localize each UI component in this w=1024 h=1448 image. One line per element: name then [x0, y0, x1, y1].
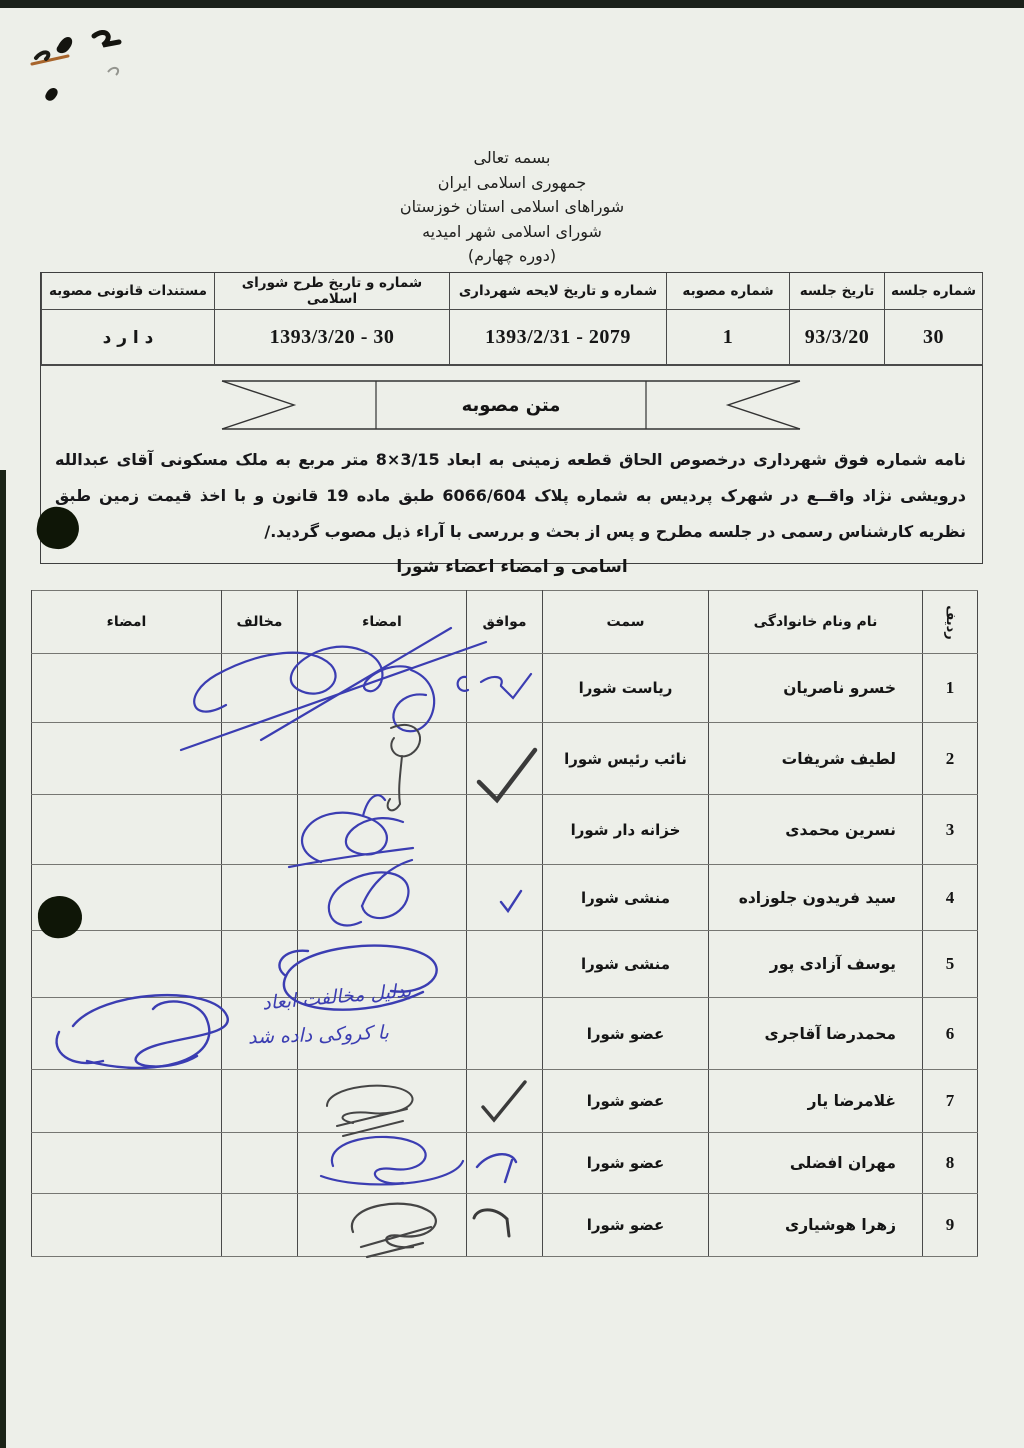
- agree-cell: [467, 998, 543, 1070]
- signature-cell: [298, 723, 467, 795]
- col-agree: موافق: [467, 591, 543, 654]
- signature-cell: [298, 1070, 467, 1133]
- letterhead-line-term: (دوره چهارم): [0, 244, 1024, 269]
- oppose-cell: [222, 1133, 298, 1194]
- oppose-cell: [222, 865, 298, 931]
- scanner-edge-top: [0, 0, 1024, 8]
- member-no: 2: [923, 723, 978, 795]
- signature-cell: [298, 1194, 467, 1257]
- member-role: منشی شورا: [543, 931, 709, 998]
- oppose-cell: [222, 931, 298, 998]
- signature-cell-2: [32, 931, 222, 998]
- member-no: 8: [923, 1133, 978, 1194]
- member-no: 7: [923, 1070, 978, 1133]
- col-bill-no-date: شماره و تاریخ لایحه شهرداری: [450, 273, 667, 310]
- oppose-cell: [222, 795, 298, 865]
- member-row: 6 محمدرضا آقاجری عضو شورا: [32, 998, 978, 1070]
- col-signature: امضاء: [298, 591, 467, 654]
- letterhead-line-republic: جمهوری اسلامی ایران: [0, 171, 1024, 196]
- member-name: مهران افضلی: [709, 1133, 923, 1194]
- col-oppose: مخالف: [222, 591, 298, 654]
- scanned-document-page: بسمه تعالی جمهوری اسلامی ایران شوراهای ا…: [0, 0, 1024, 1448]
- staple-pen-marks: [12, 12, 182, 112]
- member-role: عضو شورا: [543, 1194, 709, 1257]
- member-role: نائب رئیس شورا: [543, 723, 709, 795]
- resolution-banner: متن مصوبه: [216, 376, 806, 434]
- letterhead: بسمه تعالی جمهوری اسلامی ایران شوراهای ا…: [0, 146, 1024, 269]
- col-legal-docs: مستندات قانونی مصوبه: [42, 273, 215, 310]
- letterhead-line-city-council: شورای اسلامی شهر امیدیه: [0, 220, 1024, 245]
- signature-cell: [298, 1133, 467, 1194]
- col-plan-no-date: شماره و تاریخ طرح شورای اسلامی: [215, 273, 450, 310]
- col-resolution-no: شماره مصوبه: [667, 273, 790, 310]
- member-role: خزانه دار شورا: [543, 795, 709, 865]
- signature-cell-2: [32, 998, 222, 1070]
- member-role: عضو شورا: [543, 1070, 709, 1133]
- agree-cell: [467, 1194, 543, 1257]
- agree-cell: [467, 795, 543, 865]
- members-signature-table: ردیف نام ونام خانوادگی سمت موافق امضاء م…: [31, 590, 978, 1257]
- agree-cell: [467, 931, 543, 998]
- member-row: 5 یوسف آزادی پور منشی شورا: [32, 931, 978, 998]
- oppose-cell: [222, 1194, 298, 1257]
- value-resolution-no: 1: [667, 310, 790, 365]
- scanner-edge-left: [0, 470, 6, 1448]
- member-row: 1 خسرو ناصریان ریاست شورا: [32, 654, 978, 723]
- agree-cell: [467, 1070, 543, 1133]
- agree-cell: [467, 723, 543, 795]
- member-no: 3: [923, 795, 978, 865]
- banner-label: متن مصوبه: [376, 376, 646, 434]
- col-row-no: ردیف: [923, 591, 978, 654]
- oppose-cell: [222, 654, 298, 723]
- signature-cell-2: [32, 1194, 222, 1257]
- resolution-body-cell: متن مصوبه نامه شماره فوق شهرداری درخصوص …: [41, 365, 982, 563]
- member-role: ریاست شورا: [543, 654, 709, 723]
- agree-cell: [467, 654, 543, 723]
- member-name: خسرو ناصریان: [709, 654, 923, 723]
- letterhead-line-councils-province: شوراهای اسلامی استان خوزستان: [0, 195, 1024, 220]
- signature-cell-2: [32, 795, 222, 865]
- member-row: 9 زهرا هوشیاری عضو شورا: [32, 1194, 978, 1257]
- members-section-title: اسامی و امضاء اعضاء شورا: [0, 557, 1024, 577]
- resolution-summary-table: شماره جلسه تاریخ جلسه شماره مصوبه شماره …: [40, 272, 983, 564]
- summary-header-row: شماره جلسه تاریخ جلسه شماره مصوبه شماره …: [42, 273, 983, 310]
- member-no: 1: [923, 654, 978, 723]
- member-name: زهرا هوشیاری: [709, 1194, 923, 1257]
- col-position: سمت: [543, 591, 709, 654]
- agree-cell: [467, 1133, 543, 1194]
- member-name: غلامرضا یار: [709, 1070, 923, 1133]
- oppose-cell: [222, 723, 298, 795]
- member-row: 7 غلامرضا یار عضو شورا: [32, 1070, 978, 1133]
- member-no: 4: [923, 865, 978, 931]
- signature-cell-2: [32, 654, 222, 723]
- signature-cell-2: [32, 1133, 222, 1194]
- value-plan-no-date: 1393/3/20 - 30: [215, 310, 450, 365]
- summary-value-row: 30 93/3/20 1 1393/2/31 - 2079 1393/3/20 …: [42, 310, 983, 365]
- member-name: یوسف آزادی پور: [709, 931, 923, 998]
- agree-cell: [467, 865, 543, 931]
- member-role: منشی شورا: [543, 865, 709, 931]
- member-row: 8 مهران افضلی عضو شورا: [32, 1133, 978, 1194]
- member-no: 9: [923, 1194, 978, 1257]
- member-row: 2 لطیف شریفات نائب رئیس شورا: [32, 723, 978, 795]
- signature-cell-2: [32, 723, 222, 795]
- value-bill-no-date: 1393/2/31 - 2079: [450, 310, 667, 365]
- member-role: عضو شورا: [543, 1133, 709, 1194]
- signature-cell: [298, 654, 467, 723]
- member-role: عضو شورا: [543, 998, 709, 1070]
- col-session-date: تاریخ جلسه: [790, 273, 885, 310]
- member-name: لطیف شریفات: [709, 723, 923, 795]
- member-no: 5: [923, 931, 978, 998]
- col-session-no: شماره جلسه: [885, 273, 983, 310]
- signature-cell-2: [32, 1070, 222, 1133]
- member-name: سید فریدون جلوزاده: [709, 865, 923, 931]
- letterhead-line-basmala: بسمه تعالی: [0, 146, 1024, 171]
- members-header-row: ردیف نام ونام خانوادگی سمت موافق امضاء م…: [32, 591, 978, 654]
- member-no: 6: [923, 998, 978, 1070]
- member-name: نسرین محمدی: [709, 795, 923, 865]
- value-legal-docs: د ا ر د: [42, 310, 215, 365]
- resolution-text: نامه شماره فوق شهرداری درخصوص الحاق قطعه…: [55, 442, 966, 550]
- signature-cell: [298, 795, 467, 865]
- member-row: 4 سید فریدون جلوزاده منشی شورا: [32, 865, 978, 931]
- member-row: 3 نسرین محمدی خزانه دار شورا: [32, 795, 978, 865]
- col-signature-2: امضاء: [32, 591, 222, 654]
- value-session-no: 30: [885, 310, 983, 365]
- oppose-cell: [222, 1070, 298, 1133]
- member-name: محمدرضا آقاجری: [709, 998, 923, 1070]
- col-full-name: نام ونام خانوادگی: [709, 591, 923, 654]
- value-session-date: 93/3/20: [790, 310, 885, 365]
- signature-cell: [298, 865, 467, 931]
